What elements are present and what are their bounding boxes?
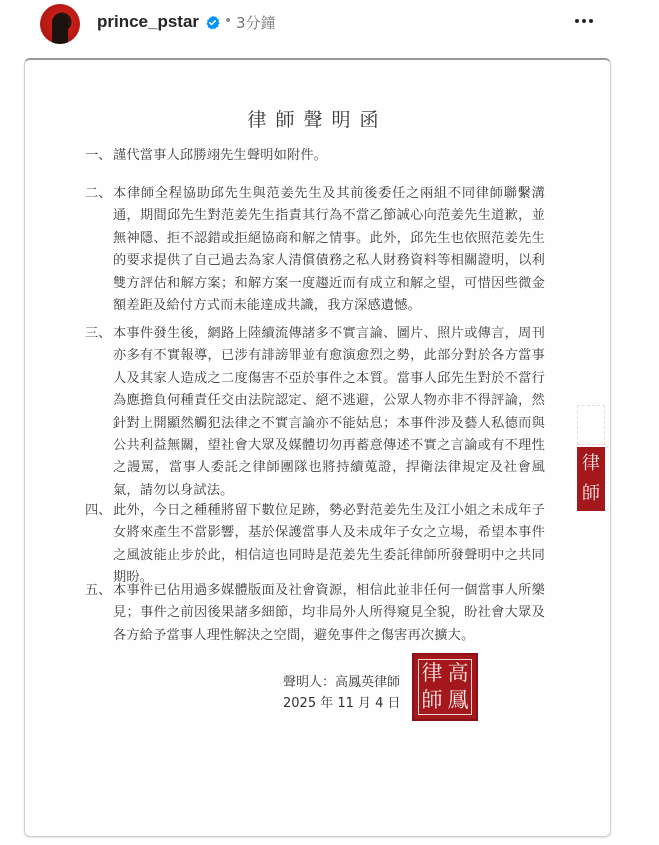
avatar[interactable] <box>40 4 80 44</box>
seal-char: 律 <box>419 663 445 684</box>
section-number: 三、 <box>85 323 113 345</box>
lawyer-seal-stamp: 律 高 師 鳳 <box>412 653 478 721</box>
seal-char: 師 <box>577 479 605 509</box>
seal-char: 師 <box>419 690 445 711</box>
separator-dot: • <box>224 13 232 29</box>
username-link[interactable]: prince_pstar <box>97 12 199 32</box>
statement-date: 2025 年 11 月 4 日 <box>283 693 401 714</box>
section-text: 此外，今日之種種將留下數位足跡，勢必對范姜先生及江小姐之未成年子女將來產生不當影… <box>113 500 545 590</box>
faded-seal <box>577 405 605 445</box>
section-1: 一、 謹代當事人邱勝翊先生聲明如附件。 <box>85 145 545 167</box>
margin-seal-stamp: 律 師 <box>577 405 605 510</box>
section-3: 三、 本事件發生後，網路上陸續流傳諸多不實言論、圖片、照片或傳言，周刊亦多有不實… <box>85 323 545 502</box>
more-options-button[interactable] <box>566 6 602 36</box>
section-text: 本律師全程協助邱先生與范姜先生及其前後委任之兩組不同律師聯繫溝通，期間邱先生對范… <box>113 183 545 317</box>
more-dot <box>582 19 586 23</box>
signer-label: 聲明人：高鳳英律師 <box>283 672 401 693</box>
section-text: 本事件發生後，網路上陸續流傳諸多不實言論、圖片、照片或傳言，周刊亦多有不實報導，… <box>113 323 545 502</box>
seal-char: 律 <box>577 449 605 479</box>
section-number: 四、 <box>85 500 113 522</box>
section-5: 五、 本事件已佔用過多媒體版面及社會資源，相信此並非任何一個當事人所樂見；事件之… <box>85 580 545 647</box>
more-horizontal-icon <box>575 19 579 23</box>
section-text: 謹代當事人邱勝翊先生聲明如附件。 <box>113 145 545 167</box>
signature-block: 聲明人：高鳳英律師 2025 年 11 月 4 日 <box>283 672 401 714</box>
section-4: 四、 此外，今日之種種將留下數位足跡，勢必對范姜先生及江小姐之未成年子女將來產生… <box>85 500 545 590</box>
post-header: prince_pstar • 3分鐘 <box>0 0 659 50</box>
more-dot <box>589 19 593 23</box>
document-image[interactable]: 律師聲明函 一、 謹代當事人邱勝翊先生聲明如附件。 二、 本律師全程協助邱先生與… <box>24 58 611 837</box>
side-seal: 律 師 <box>577 447 605 511</box>
section-text: 本事件已佔用過多媒體版面及社會資源，相信此並非任何一個當事人所樂見；事件之前因後… <box>113 580 545 647</box>
post-timestamp[interactable]: 3分鐘 <box>236 12 276 33</box>
section-2: 二、 本律師全程協助邱先生與范姜先生及其前後委任之兩組不同律師聯繫溝通，期間邱先… <box>85 183 545 317</box>
seal-char: 高 <box>445 663 471 684</box>
section-number: 五、 <box>85 580 113 602</box>
section-number: 一、 <box>85 145 113 167</box>
seal-char: 鳳 <box>445 690 471 711</box>
avatar-figure <box>52 14 68 44</box>
section-number: 二、 <box>85 183 113 205</box>
verified-badge-icon <box>205 15 220 30</box>
document-title: 律師聲明函 <box>25 105 610 132</box>
